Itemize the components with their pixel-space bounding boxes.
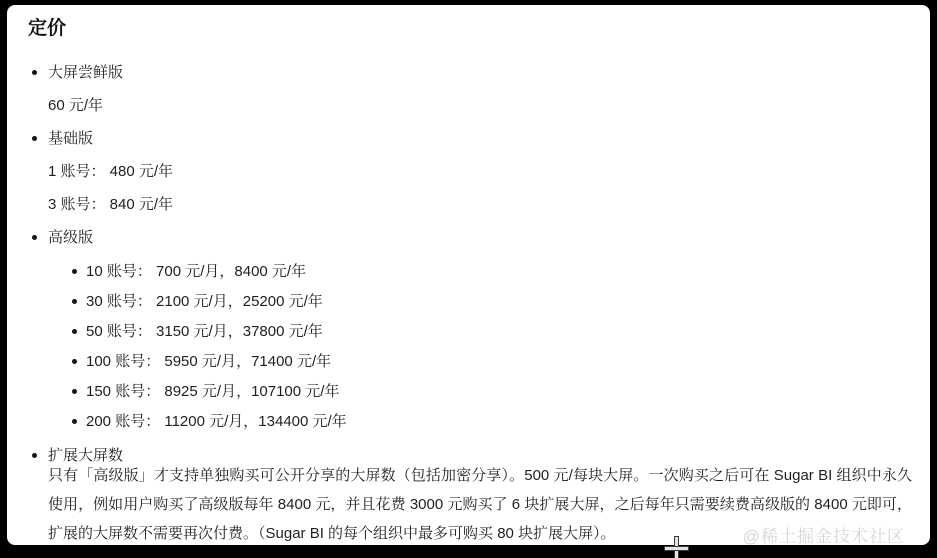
bullet-icon (72, 419, 77, 424)
list-item-label: 基础版 (48, 130, 93, 147)
sub-list-item: 50 账号： 3150 元/月，37800 元/年 (28, 321, 918, 342)
sub-list-item: 150 账号： 8925 元/月，107100 元/年 (28, 381, 918, 402)
sub-list-item: 200 账号： 11200 元/月，134400 元/年 (28, 411, 918, 432)
price-line: 150 账号： 8925 元/月，107100 元/年 (86, 383, 339, 400)
bullet-icon (72, 299, 77, 304)
list-item-extended-screens: 扩展大屏数 (28, 445, 918, 466)
sub-list-item: 10 账号： 700 元/月，8400 元/年 (28, 261, 918, 282)
advanced-edition-sublist: 10 账号： 700 元/月，8400 元/年 30 账号： 2100 元/月，… (28, 261, 918, 432)
page-title: 定价 (28, 15, 918, 42)
price-line: 3 账号： 840 元/年 (28, 194, 918, 215)
list-item-advanced-edition: 高级版 (28, 227, 918, 248)
content-card: 定价 大屏尝鲜版 60 元/年 基础版 1 账号： 480 元/年 3 账号： … (7, 5, 930, 545)
price-line: 50 账号： 3150 元/月，37800 元/年 (86, 323, 323, 340)
bullet-icon (72, 269, 77, 274)
sub-list-item: 100 账号： 5950 元/月，71400 元/年 (28, 351, 918, 372)
bullet-icon (32, 235, 37, 240)
price-line: 10 账号： 700 元/月，8400 元/年 (86, 263, 306, 280)
bullet-icon (72, 389, 77, 394)
sub-list-item: 30 账号： 2100 元/月，25200 元/年 (28, 291, 918, 312)
bullet-icon (72, 329, 77, 334)
price-line: 60 元/年 (28, 95, 918, 116)
price-line: 1 账号： 480 元/年 (28, 161, 918, 182)
crosshair-horizontal-bar (665, 547, 688, 550)
price-line: 30 账号： 2100 元/月，25200 元/年 (86, 293, 323, 310)
extended-screens-description: 只有「高级版」才支持单独购买可公开分享的大屏数（包括加密分享）。500 元/每块… (28, 461, 918, 545)
list-item-label: 大屏尝鲜版 (48, 64, 123, 81)
bullet-icon (32, 136, 37, 141)
list-item-label: 高级版 (48, 229, 93, 246)
price-line: 100 账号： 5950 元/月，71400 元/年 (86, 353, 331, 370)
bullet-icon (72, 359, 77, 364)
crosshair-cursor-icon (665, 537, 688, 558)
list-item-trial-edition: 大屏尝鲜版 (28, 62, 918, 83)
list-item-label: 扩展大屏数 (48, 447, 123, 464)
price-line: 200 账号： 11200 元/月，134400 元/年 (86, 413, 347, 430)
bullet-icon (32, 70, 37, 75)
list-item-basic-edition: 基础版 (28, 128, 918, 149)
bullet-icon (32, 453, 37, 458)
screenshot-frame: 定价 大屏尝鲜版 60 元/年 基础版 1 账号： 480 元/年 3 账号： … (0, 0, 937, 558)
